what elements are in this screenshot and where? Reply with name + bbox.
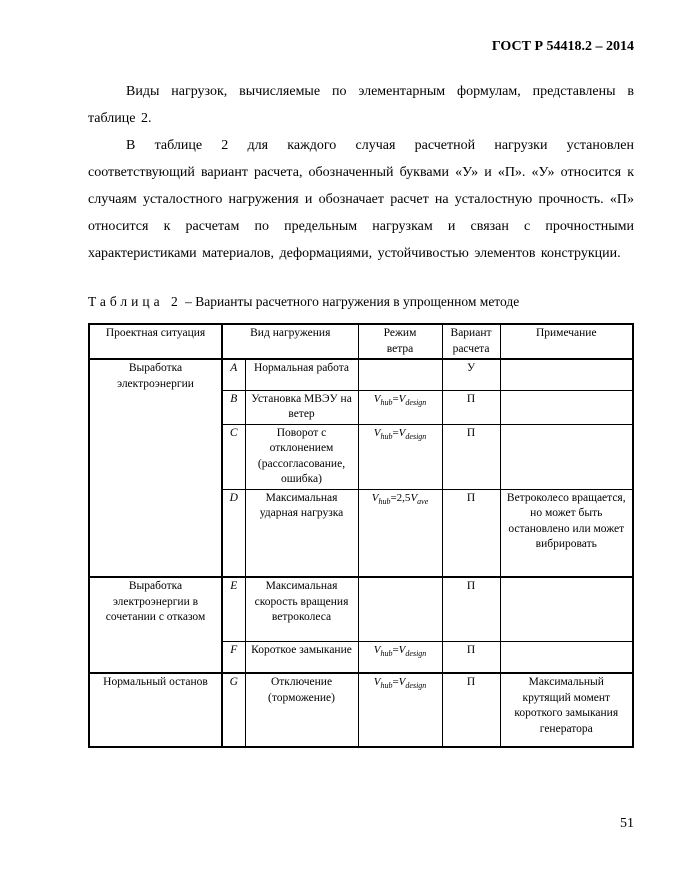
table-header-row: Проектная ситуация Вид нагружения Режим … bbox=[89, 324, 633, 359]
case-letter: B bbox=[222, 390, 245, 424]
wind-cell: Vhub=Vdesign bbox=[358, 641, 442, 673]
variant-cell: П bbox=[442, 641, 500, 673]
load-cell: Нормальная работа bbox=[245, 359, 358, 390]
table-caption-label: Таблица 2 bbox=[88, 294, 182, 309]
col-header-variant: Вариант расчета bbox=[442, 324, 500, 359]
variant-cell: П bbox=[442, 390, 500, 424]
wind-cell: Vhub=Vdesign bbox=[358, 424, 442, 489]
note-cell bbox=[500, 641, 633, 673]
case-letter: G bbox=[222, 673, 245, 747]
variant-cell: П bbox=[442, 424, 500, 489]
case-letter: A bbox=[222, 359, 245, 390]
table-caption-text: – Варианты расчетного нагружения в упрощ… bbox=[185, 294, 519, 309]
wind-formula: Vhub=2,5Vave bbox=[372, 492, 429, 504]
wind-formula: Vhub=Vdesign bbox=[374, 644, 427, 656]
table-caption: Таблица 2 – Варианты расчетного нагружен… bbox=[88, 293, 634, 311]
table-row-g: Нормальный останов G Отключение (торможе… bbox=[89, 673, 633, 747]
col-header-situation: Проектная ситуация bbox=[89, 324, 222, 359]
paragraph-variants: В таблице 2 для каждого случая расчетной… bbox=[88, 132, 634, 267]
note-cell bbox=[500, 359, 633, 390]
load-cell: Максимальная ударная нагрузка bbox=[245, 489, 358, 577]
paragraph-intro: Виды нагрузок, вычисляемые по элементарн… bbox=[88, 78, 634, 132]
case-letter: F bbox=[222, 641, 245, 673]
wind-cell: Vhub=Vdesign bbox=[358, 390, 442, 424]
document-title: ГОСТ Р 54418.2 – 2014 bbox=[88, 38, 634, 56]
table-row-a: Выработка электроэнергии A Нормальная ра… bbox=[89, 359, 633, 390]
situation-cell: Нормальный останов bbox=[89, 673, 222, 747]
col-header-wind: Режим ветра bbox=[358, 324, 442, 359]
table-row-e: Выработка электроэнергии в сочетании с о… bbox=[89, 577, 633, 641]
variant-cell: П bbox=[442, 489, 500, 577]
col-header-load-type: Вид нагружения bbox=[222, 324, 358, 359]
note-cell: Ветроколесо вращается, но может быть ост… bbox=[500, 489, 633, 577]
variant-cell: У bbox=[442, 359, 500, 390]
note-cell bbox=[500, 424, 633, 489]
situation-cell: Выработка электроэнергии bbox=[89, 359, 222, 577]
load-cell: Максимальная скорость вращения ветроколе… bbox=[245, 577, 358, 641]
wind-cell: Vhub=2,5Vave bbox=[358, 489, 442, 577]
wind-cell bbox=[358, 577, 442, 641]
variant-cell: П bbox=[442, 577, 500, 641]
page-number: 51 bbox=[620, 816, 634, 832]
variant-cell: П bbox=[442, 673, 500, 747]
note-cell bbox=[500, 577, 633, 641]
case-letter: E bbox=[222, 577, 245, 641]
wind-formula: Vhub=Vdesign bbox=[374, 676, 427, 688]
load-cell: Отключение (торможение) bbox=[245, 673, 358, 747]
wind-cell bbox=[358, 359, 442, 390]
wind-cell: Vhub=Vdesign bbox=[358, 673, 442, 747]
case-letter: D bbox=[222, 489, 245, 577]
wind-formula: Vhub=Vdesign bbox=[374, 393, 427, 405]
col-header-note: Примечание bbox=[500, 324, 633, 359]
note-cell: Максимальный крутящий момент короткого з… bbox=[500, 673, 633, 747]
document-page: ГОСТ Р 54418.2 – 2014 Виды нагрузок, выч… bbox=[0, 0, 680, 880]
situation-cell: Выработка электроэнергии в сочетании с о… bbox=[89, 577, 222, 673]
wind-formula: Vhub=Vdesign bbox=[374, 427, 427, 439]
load-cell: Установка МВЭУ на ветер bbox=[245, 390, 358, 424]
load-cell: Поворот с отклонением (рассогласование, … bbox=[245, 424, 358, 489]
load-cases-table: Проектная ситуация Вид нагружения Режим … bbox=[88, 323, 634, 748]
note-cell bbox=[500, 390, 633, 424]
case-letter: C bbox=[222, 424, 245, 489]
load-cell: Короткое замыкание bbox=[245, 641, 358, 673]
